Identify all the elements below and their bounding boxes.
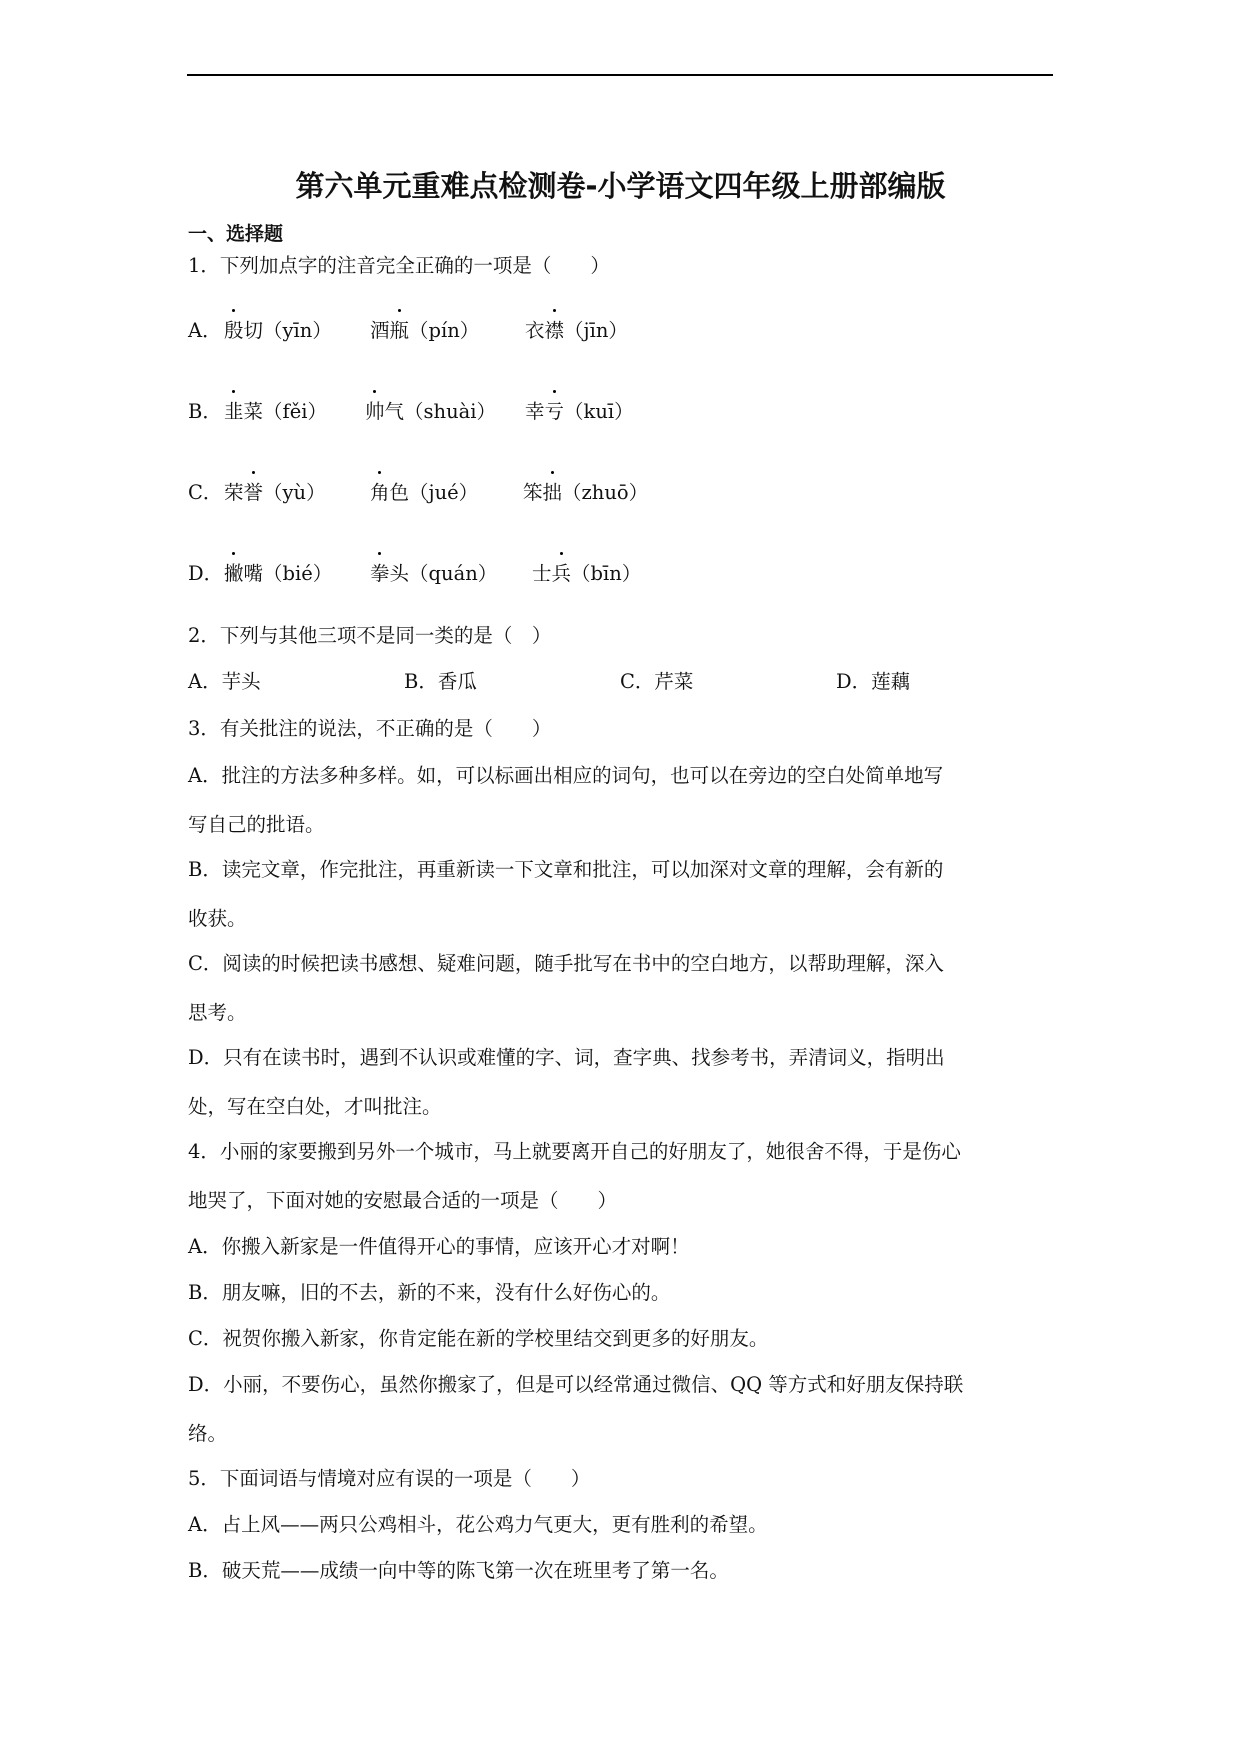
q5-option-b: B．破天荒——成绩一向中等的陈飞第一次在班里考了第一名。 — [188, 1557, 729, 1585]
question-text: 有关批注的说法，不正确的是（ ） — [220, 717, 552, 740]
option-item: 衣襟（jīn） — [525, 317, 628, 345]
option-item: 士兵（bīn） — [532, 560, 641, 588]
question-number: 1． — [188, 254, 220, 277]
option-item: 韭菜（fěi） — [224, 398, 327, 426]
section-heading: 一、选择题 — [188, 220, 283, 248]
q2-option-b: B．香瓜 — [404, 668, 477, 696]
page-title: 第六单元重难点检测卷-小学语文四年级上册部编版 — [0, 164, 1241, 205]
q2-option-d: D．莲藕 — [836, 668, 910, 696]
question-number: 3． — [188, 717, 220, 740]
question-2-stem: 2．下列与其他三项不是同一类的是（ ） — [188, 622, 551, 650]
q3-option-d-line2: 处，写在空白处，才叫批注。 — [188, 1093, 442, 1121]
q4-option-d-line1: D．小丽，不要伤心，虽然你搬家了，但是可以经常通过微信、QQ 等方式和好朋友保持… — [188, 1371, 963, 1399]
question-5-stem: 5．下面词语与情境对应有误的一项是（ ） — [188, 1465, 590, 1493]
question-number: 4． — [188, 1140, 220, 1163]
question-4-stem-line2: 地哭了，下面对她的安慰最合适的一项是（ ） — [188, 1187, 617, 1215]
q3-option-a-line1: A．批注的方法多种多样。如，可以标画出相应的词句，也可以在旁边的空白处简单地写 — [188, 762, 943, 790]
option-item: 拳头（quán） — [370, 560, 497, 588]
q4-option-b: B．朋友嘛，旧的不去，新的不来，没有什么好伤心的。 — [188, 1279, 670, 1307]
q3-option-b-line2: 收获。 — [188, 905, 247, 933]
question-text: 小丽的家要搬到另外一个城市，马上就要离开自己的好朋友了，她很舍不得，于是伤心 — [220, 1140, 961, 1163]
option-item: 殷切（yīn） — [224, 317, 332, 345]
question-1-stem: 1．下列加点字的注音完全正确的一项是（ ） — [188, 252, 610, 280]
q3-option-c-line1: C．阅读的时候把读书感想、疑难问题，随手批写在书中的空白地方，以帮助理解，深入 — [188, 950, 944, 978]
q2-option-c: C．芹菜 — [620, 668, 693, 696]
option-item: 笨拙（zhuō） — [523, 479, 648, 507]
option-item: 帅气（shuài） — [365, 398, 496, 426]
question-text: 下列与其他三项不是同一类的是（ ） — [220, 624, 552, 647]
question-number: 2． — [188, 624, 220, 647]
question-3-stem: 3．有关批注的说法，不正确的是（ ） — [188, 715, 551, 743]
question-text: 下面词语与情境对应有误的一项是（ ） — [220, 1467, 591, 1490]
q5-option-a: A．占上风——两只公鸡相斗，花公鸡力气更大，更有胜利的希望。 — [188, 1511, 768, 1539]
option-item: 撇嘴（bié） — [224, 560, 332, 588]
option-label: B． — [188, 398, 222, 426]
q4-option-d-line2: 络。 — [188, 1420, 227, 1448]
q2-option-a: A．芋头 — [188, 668, 261, 696]
question-4-stem: 4．小丽的家要搬到另外一个城市，马上就要离开自己的好朋友了，她很舍不得，于是伤心 — [188, 1138, 961, 1166]
option-label: C． — [188, 479, 222, 507]
q4-option-a: A．你搬入新家是一件值得开心的事情，应该开心才对啊！ — [188, 1233, 690, 1261]
option-item: 幸亏（kuī） — [525, 398, 634, 426]
question-number: 5． — [188, 1467, 220, 1490]
q3-option-b-line1: B．读完文章，作完批注，再重新读一下文章和批注，可以加深对文章的理解，会有新的 — [188, 856, 943, 884]
q3-option-d-line1: D．只有在读书时，遇到不认识或难懂的字、词，查字典、找参考书，弄清词义，指明出 — [188, 1044, 945, 1072]
q4-option-c: C．祝贺你搬入新家，你肯定能在新的学校里结交到更多的好朋友。 — [188, 1325, 768, 1353]
option-label: A． — [188, 317, 222, 345]
question-text: 下列加点字的注音完全正确的一项是（ ） — [220, 254, 610, 277]
q3-option-a-line2: 写自己的批语。 — [188, 811, 325, 839]
option-item: 角色（jué） — [370, 479, 478, 507]
header-rule — [187, 74, 1053, 76]
option-item: 荣誉（yù） — [224, 479, 326, 507]
option-item: 酒瓶（pín） — [370, 317, 479, 345]
q3-option-c-line2: 思考。 — [188, 999, 247, 1027]
option-label: D． — [188, 560, 223, 588]
